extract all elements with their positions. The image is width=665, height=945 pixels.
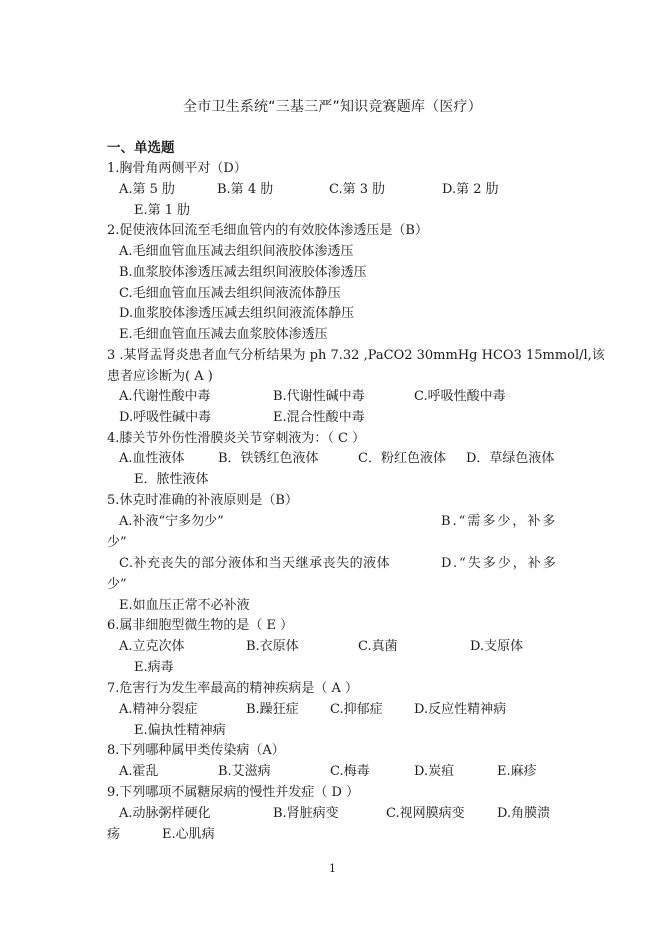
option-b: B.衣原体 (246, 639, 299, 655)
option-b-continued: 少” (107, 535, 127, 551)
option-a: A.精神分裂症 (119, 702, 198, 718)
option-b: B.艾滋病 (218, 764, 271, 780)
document-title: 全市卫生系统“三基三严”知识竞赛题库（医疗） (0, 96, 665, 116)
question-stem-line2: 患者应诊断为( A ) (107, 369, 213, 385)
question-stem: 6.属非细胞型微生物的是（ E ） (107, 618, 293, 634)
option-a: A.毛细血管血压减去组织间液胶体渗透压 (119, 244, 354, 260)
option-d: D.“失多少，补多 (441, 556, 558, 572)
option-b: B.躁狂症 (246, 702, 299, 718)
option-d-continued: 少” (107, 577, 127, 593)
option-e: E.混合性酸中毒 (273, 410, 365, 426)
option-a: A.霍乱 (119, 764, 159, 780)
option-d: D.反应性精神病 (414, 702, 506, 718)
option-c: C．粉红色液体 (358, 451, 446, 467)
option-e: E.麻疹 (497, 764, 537, 780)
option-c: C.抑郁症 (330, 702, 383, 718)
option-b: B.第 4 肋 (217, 182, 273, 198)
option-d: D.支原体 (470, 639, 523, 655)
option-c: C.真菌 (358, 639, 398, 655)
option-c: C.呼吸性酸中毒 (414, 389, 506, 405)
option-d: D.血浆胶体渗透压减去组织间液流体静压 (119, 306, 354, 322)
option-e: E.病毒 (134, 660, 174, 676)
option-c: C.视网膜病变 (386, 806, 465, 822)
section-heading: 一、单选题 (107, 140, 175, 156)
question-stem: 4.膝关节外伤性滑膜炎关节穿刺液为：（ C ） (107, 431, 365, 447)
option-c: C.毛细血管血压减去组织间液流体静压 (119, 286, 341, 302)
question-stem: 5.休克时准确的补液原则是（B） (107, 493, 298, 509)
option-b: B.代谢性碱中毒 (273, 389, 365, 405)
option-e: E.偏执性精神病 (134, 723, 226, 739)
option-e: E.第 1 肋 (134, 203, 190, 219)
option-b: B.肾脏病变 (273, 806, 339, 822)
option-d: D.炭疽 (414, 764, 454, 780)
option-a: A.补液“宁多勿少” (119, 514, 224, 530)
option-c: C.补充丧失的部分液体和当天继承丧失的液体 (119, 556, 390, 572)
option-a: A.代谢性酸中毒 (119, 389, 211, 405)
option-e: E．脓性液体 (134, 472, 209, 488)
option-a: A.立克次体 (119, 639, 185, 655)
option-d-continued: 疡 (107, 827, 120, 843)
option-d: D.呼吸性碱中毒 (119, 410, 211, 426)
option-b: B．铁锈红色液体 (218, 451, 319, 467)
option-b: B.血浆胶体渗透压减去组织间液胶体渗透压 (119, 265, 367, 281)
document-page: 全市卫生系统“三基三严”知识竞赛题库（医疗） 一、单选题 1.胸骨角两侧平对（D… (0, 0, 665, 945)
option-a: A.动脉粥样硬化 (119, 806, 211, 822)
option-d: D.角膜溃 (497, 806, 550, 822)
option-e: E.如血压正常不必补液 (119, 598, 250, 614)
option-a: A.血性液体 (119, 451, 185, 467)
page-number: 1 (0, 862, 665, 875)
question-stem: 7.危害行为发生率最高的精神疾病是（ A ） (107, 681, 358, 697)
question-stem: 8.下列哪种属甲类传染病（A） (107, 743, 285, 759)
option-a: A.第 5 肋 (119, 182, 175, 198)
option-b: B.“需多少，补多 (441, 514, 557, 530)
option-c: C.第 3 肋 (329, 182, 385, 198)
option-e: E.毛细血管血压减去血浆胶体渗透压 (119, 327, 328, 343)
question-stem: 1.胸骨角两侧平对（D） (107, 161, 247, 177)
question-stem: 9.下列哪项不属糖尿病的慢性并发症（ D ） (107, 785, 359, 801)
question-stem: 2.促使液体回流至毛细血管内的有效胶体渗透压是（B） (107, 223, 428, 239)
option-d: D．草绿色液体 (466, 451, 554, 467)
option-e: E.心肌病 (162, 827, 215, 843)
option-d: D.第 2 肋 (442, 182, 499, 198)
option-c: C.梅毒 (330, 764, 370, 780)
question-stem-line1: 3 .某肾盂肾炎患者血气分析结果为 ph 7.32 ,PaCO2 30mmHg … (107, 348, 605, 364)
